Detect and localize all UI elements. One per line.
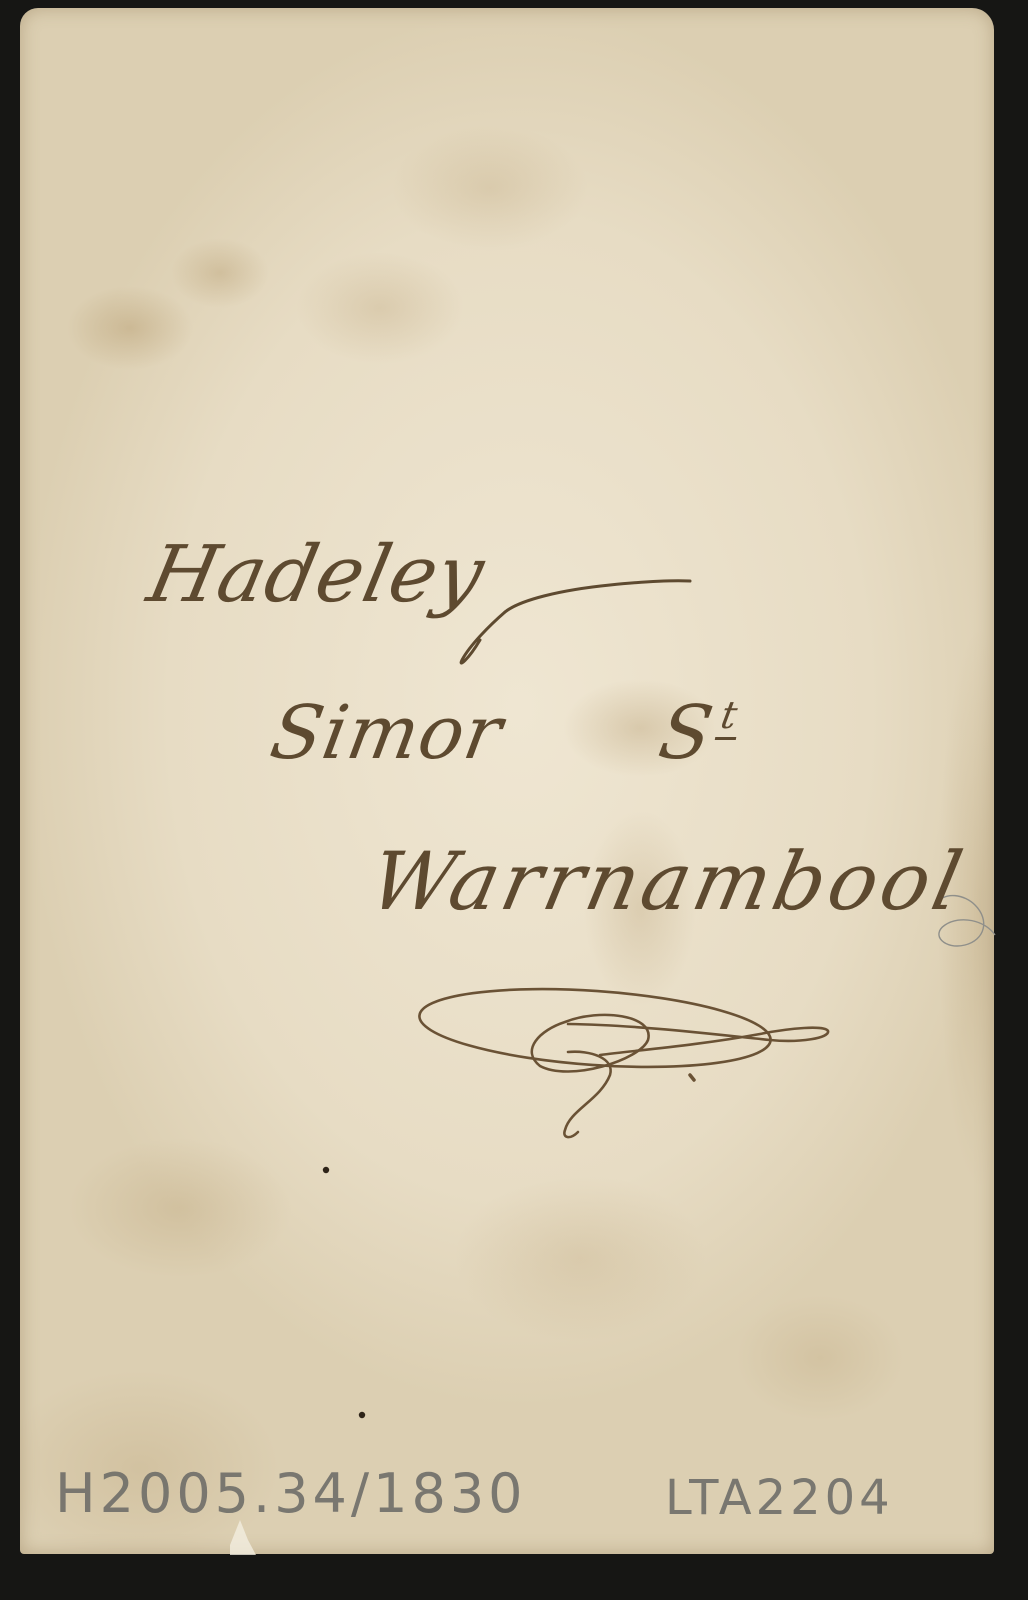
accession-number: H2005.34/1830 [55, 1462, 527, 1525]
street-abbrev: S [653, 690, 720, 776]
card-back [20, 8, 994, 1554]
street-name: Simor [264, 690, 509, 776]
inscription-street: Simor St [264, 690, 744, 776]
inscription-name: Hadeley [140, 530, 492, 620]
reference-number: LTA2204 [665, 1470, 894, 1526]
inscription-town: Warrnambool [362, 835, 973, 928]
